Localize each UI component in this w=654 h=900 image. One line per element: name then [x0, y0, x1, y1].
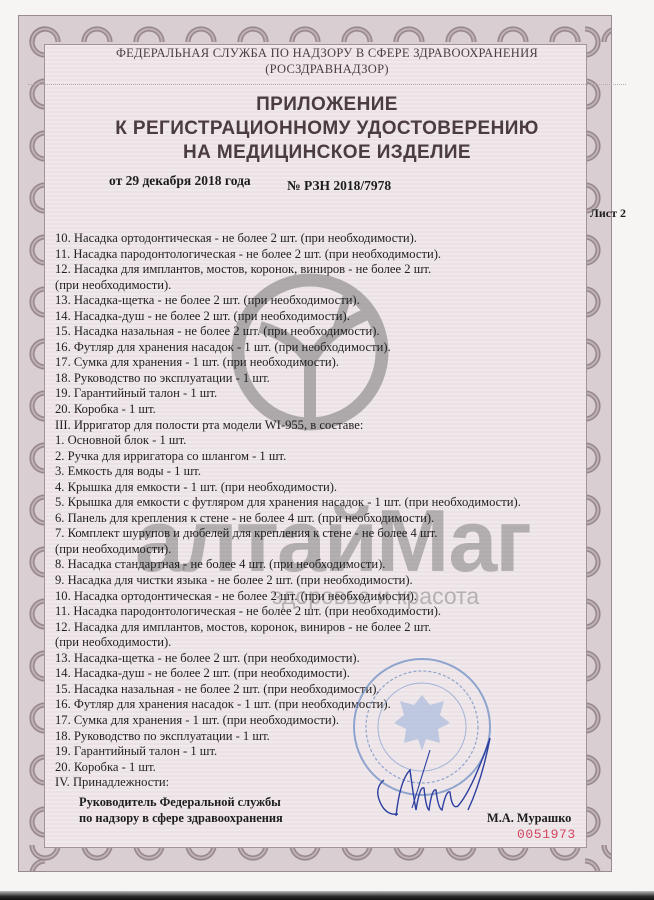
document-subtitle-2: НА МЕДИЦИНСКОЕ ИЗДЕЛИЕ [0, 142, 654, 164]
list-item: 11. Насадка пародонтологическая - не бол… [55, 604, 575, 620]
list-item: 16. Футляр для хранения насадок - 1 шт. … [55, 340, 575, 356]
registration-number: № РЗН 2018/7978 [287, 178, 391, 194]
list-item: 1. Основной блок - 1 шт. [55, 433, 575, 449]
list-item: (при необходимости). [55, 635, 575, 651]
list-item: 15. Насадка назальная - не более 2 шт. (… [55, 682, 575, 698]
list-item: 3. Емкость для воды - 1 шт. [55, 464, 575, 480]
list-item: 6. Панель для крепления к стене - не бол… [55, 511, 575, 527]
list-item: 9. Насадка для чистки языка - не более 2… [55, 573, 575, 589]
header-divider [28, 84, 626, 85]
list-item: 17. Сумка для хранения - 1 шт. (при необ… [55, 713, 575, 729]
list-item: 19. Гарантийный талон - 1 шт. [55, 386, 575, 402]
scan-edge-shadow [0, 891, 654, 900]
list-item: 17. Сумка для хранения - 1 шт. (при необ… [55, 355, 575, 371]
list-item: III. Ирригатор для полости рта модели WI… [55, 418, 575, 434]
signatory-role-line1: Руководитель Федеральной службы [79, 795, 281, 810]
list-item: 18. Руководство по эксплуатации - 1 шт. [55, 371, 575, 387]
list-item: 11. Насадка пародонтологическая - не бол… [55, 247, 575, 263]
sheet-number: Лист 2 [590, 206, 626, 221]
list-item: 8. Насадка стандартная - не более 4 шт. … [55, 557, 575, 573]
list-item: 7. Комплект шурупов и дюбелей для крепле… [55, 526, 575, 542]
contents-list: 10. Насадка ортодонтическая - не более 2… [55, 231, 575, 791]
document-subtitle-1: К РЕГИСТРАЦИОННОМУ УДОСТОВЕРЕНИЮ [0, 118, 654, 140]
list-item: 16. Футляр для хранения насадок - 1 шт. … [55, 697, 575, 713]
list-item: 10. Насадка ортодонтическая - не более 2… [55, 589, 575, 605]
list-item: (при необходимости). [55, 278, 575, 294]
serial-number: 0051973 [517, 827, 576, 842]
list-item: 4. Крышка для емкости - 1 шт. (при необх… [55, 480, 575, 496]
document-title: ПРИЛОЖЕНИЕ [0, 94, 654, 116]
signatory-role-line2: по надзору в сфере здравоохранения [79, 811, 283, 826]
list-item: 12. Насадка для имплантов, мостов, корон… [55, 620, 575, 636]
list-item: 12. Насадка для имплантов, мостов, корон… [55, 262, 575, 278]
list-item: 14. Насадка-душ - не более 2 шт. (при не… [55, 309, 575, 325]
list-item: 13. Насадка-щетка - не более 2 шт. (при … [55, 651, 575, 667]
list-item: 14. Насадка-душ - не более 2 шт. (при не… [55, 666, 575, 682]
list-item: 20. Коробка - 1 шт. [55, 402, 575, 418]
list-item: 15. Насадка назальная - не более 2 шт. (… [55, 324, 575, 340]
list-item: 10. Насадка ортодонтическая - не более 2… [55, 231, 575, 247]
signature [372, 730, 502, 825]
issue-date: от 29 декабря 2018 года [109, 173, 251, 189]
list-item: 5. Крышка для емкости с футляром для хра… [55, 495, 575, 511]
list-item: 13. Насадка-щетка - не более 2 шт. (при … [55, 293, 575, 309]
list-item: (при необходимости). [55, 542, 575, 558]
agency-abbrev: (РОСЗДРАВНАДЗОР) [0, 62, 654, 77]
list-item: 2. Ручка для ирригатора со шлангом - 1 ш… [55, 449, 575, 465]
agency-name: ФЕДЕРАЛЬНАЯ СЛУЖБА ПО НАДЗОРУ В СФЕРЕ ЗД… [0, 46, 654, 61]
